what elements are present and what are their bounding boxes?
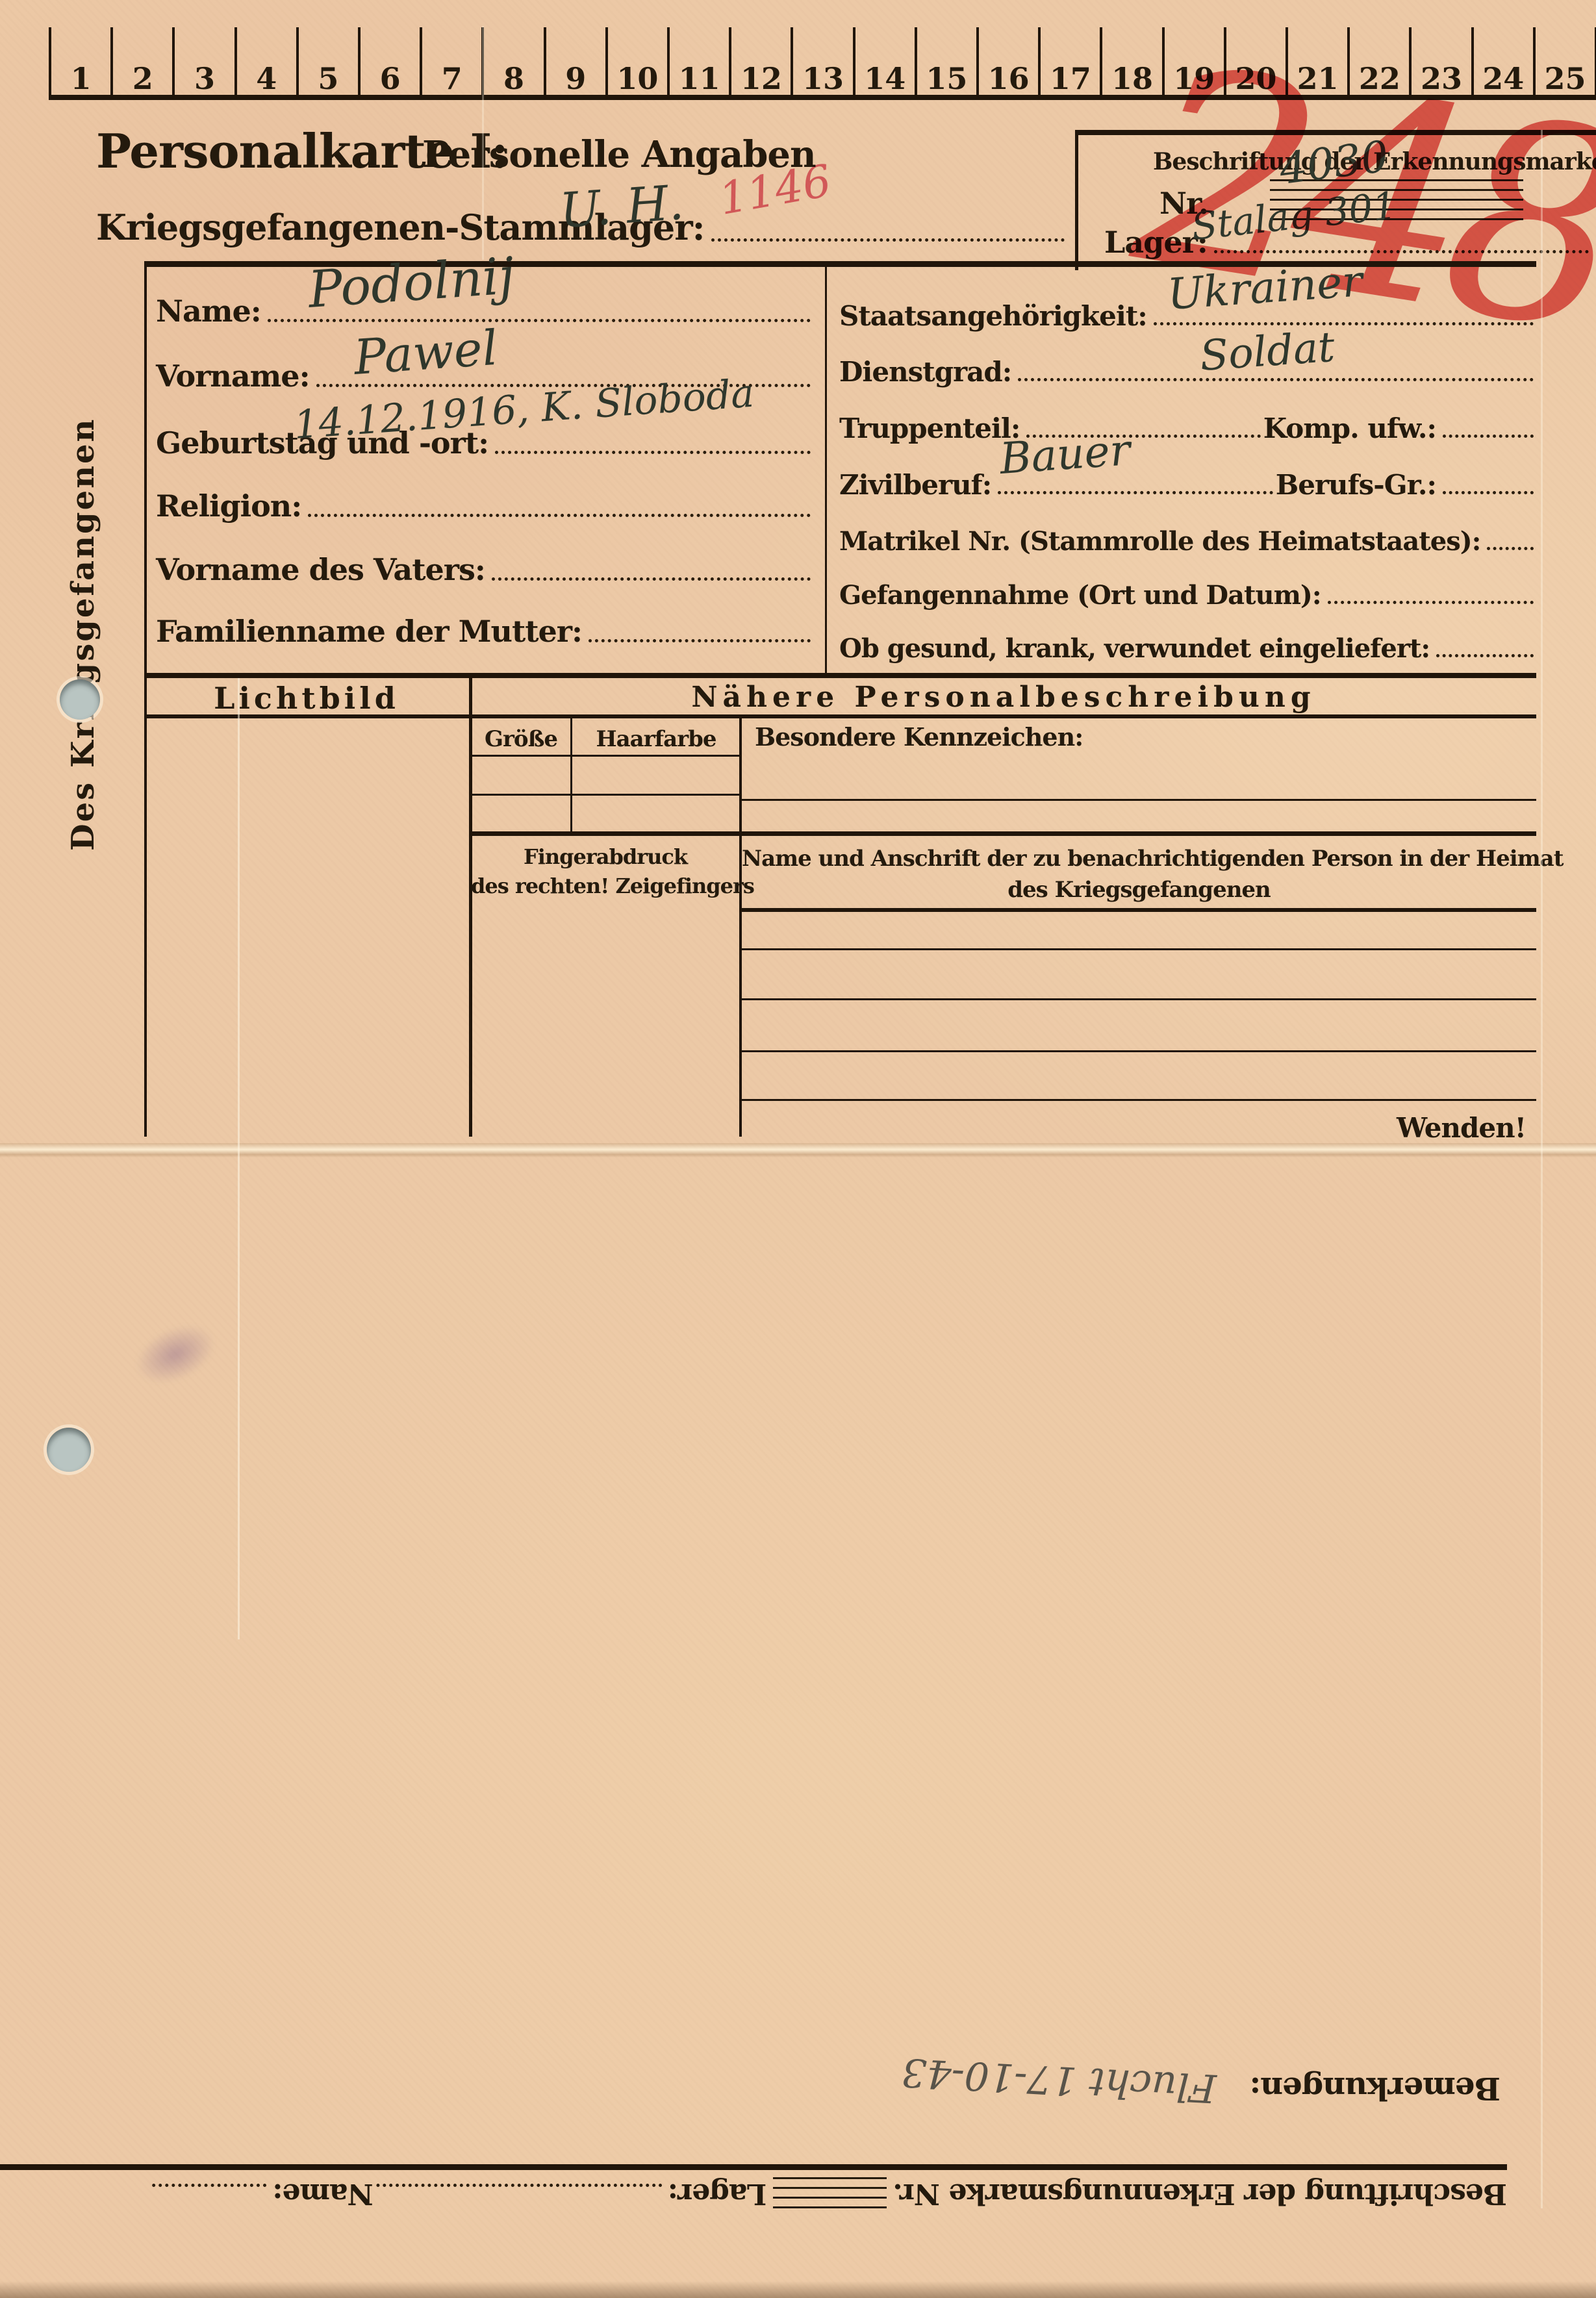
field-berufsgr-dotted — [1443, 491, 1534, 494]
field-gesund: Ob gesund, krank, verwundet eingeliefert… — [839, 633, 1536, 664]
kennzeichen-divider — [739, 718, 742, 1137]
ruler-cell: 11 — [667, 27, 729, 96]
field-dienstgrad-dotted — [1018, 378, 1534, 381]
pow-personal-card-scan: 1234567891011121314151617181920212223242… — [0, 0, 1596, 2298]
ruler-number: 18 — [1111, 61, 1153, 96]
fingerprint-section-top-border — [469, 831, 1536, 836]
field-gefangennahme-label: Gefangennahme (Ort und Datum): — [839, 580, 1321, 611]
fingerprint-header-line1: Fingerabdruck — [471, 844, 740, 869]
field-vater: Vorname des Vaters: — [156, 552, 813, 587]
ruler-number: 12 — [741, 61, 782, 96]
kennzeichen-row-line — [741, 799, 1536, 801]
ink-smudge — [126, 1313, 225, 1395]
ruler-cell: 15 — [915, 27, 976, 96]
lichtbild-header: Lichtbild — [144, 681, 469, 716]
paper-crease-vertical-3 — [482, 26, 484, 260]
ruler-cell: 4 — [234, 27, 296, 96]
contact-header-line1: Name und Anschrift der zu benachrichtige… — [742, 846, 1536, 872]
field-truppenteil-label: Truppenteil: — [839, 412, 1020, 444]
ruler-cell: 10 — [605, 27, 667, 96]
ruler-number: 13 — [802, 61, 844, 96]
field-matrikel-label: Matrikel Nr. (Stammrolle des Heimatstaat… — [839, 526, 1480, 557]
field-mutter-dotted — [589, 639, 811, 642]
personalbeschreibung-header: Nähere Personalbeschreibung — [471, 681, 1536, 714]
field-name-label: Name: — [156, 294, 261, 329]
ruler-number: 9 — [565, 61, 586, 96]
contact-ruled-line-4 — [741, 1099, 1536, 1101]
contact-ruled-line-2 — [741, 998, 1536, 1000]
sidebar-vertical-caption: Des Kriegsgefangenen — [65, 448, 101, 851]
field-vater-dotted — [492, 577, 811, 581]
bemerkungen-block: Bemerkungen: Flucht 17-10-43 — [747, 2039, 1501, 2137]
field-dienstgrad-label: Dienstgrad: — [839, 356, 1011, 388]
footer-id-strip: Beschriftung der Erkennungsmarke Nr. Lag… — [149, 2177, 1507, 2215]
ruler-cell: 6 — [358, 27, 420, 96]
ruler-cell: 2 — [110, 27, 172, 96]
field-komp-dotted — [1443, 435, 1534, 438]
header-underline — [144, 714, 1536, 718]
field-staat-dotted — [1154, 322, 1534, 325]
table-top-border — [144, 673, 1536, 678]
wenden-note: Wenden! — [1397, 1112, 1526, 1144]
contact-ruled-line-3 — [741, 1050, 1536, 1052]
ruler-number: 2 — [133, 61, 153, 96]
field-geburtstag-dotted — [495, 451, 811, 454]
paper-crease-vertical-1 — [238, 678, 240, 1639]
ruler-number: 10 — [616, 61, 658, 96]
field-matrikel: Matrikel Nr. (Stammrolle des Heimatstaat… — [839, 526, 1536, 557]
field-mutter-label: Familienname der Mutter: — [156, 614, 582, 649]
footer-strip-lager-label: Lager: — [668, 2177, 767, 2210]
groesse-row-line-1 — [469, 755, 741, 757]
stammlager-handwritten-value: U. H. — [558, 175, 685, 239]
ruler-cell: 7 — [420, 27, 481, 96]
scan-bottom-shadow — [0, 2281, 1596, 2298]
field-name-dotted — [268, 319, 811, 322]
field-gefangennahme: Gefangennahme (Ort und Datum): — [839, 580, 1536, 611]
ruler-cell: 18 — [1100, 27, 1161, 96]
field-zivilberuf: Zivilberuf: Berufs-Gr.: — [839, 469, 1536, 501]
ruler-cell: 12 — [729, 27, 791, 96]
ruler-number: 6 — [380, 61, 401, 96]
bemerkungen-handwritten: Flucht 17-10-43 — [901, 2049, 1217, 2111]
groesse-row-line-2 — [469, 794, 741, 796]
field-gesund-dotted — [1436, 654, 1534, 657]
field-religion: Religion: — [156, 488, 813, 524]
kennzeichen-header: Besondere Kennzeichen: — [755, 722, 1083, 751]
ruler-cell: 13 — [791, 27, 852, 96]
ruler-cell: 16 — [976, 27, 1038, 96]
paper-crease-vertical-2 — [1541, 130, 1543, 2208]
ruler-cell: 9 — [544, 27, 605, 96]
ruler-cell: 1 — [49, 27, 110, 96]
footer-strip-lager-dotted — [376, 2184, 662, 2187]
field-mutter: Familienname der Mutter: — [156, 614, 813, 649]
field-dienstgrad-handwritten: Soldat — [1198, 323, 1336, 381]
contact-header-line2: des Kriegsgefangenen — [742, 877, 1536, 903]
field-religion-dotted — [308, 514, 811, 517]
field-gefangennahme-dotted — [1328, 601, 1534, 604]
ruler-cell: 8 — [481, 27, 543, 96]
fingerprint-header-line2: des rechten! Zeigefingers — [471, 874, 740, 898]
form-column-divider — [825, 261, 827, 677]
ruler-number: 3 — [194, 61, 215, 96]
footer-strip-name-dotted — [152, 2184, 266, 2187]
field-zivilberuf-dotted — [998, 491, 1273, 494]
field-vater-label: Vorname des Vaters: — [156, 552, 485, 587]
ruler-number: 1 — [71, 61, 92, 96]
punch-hole-top — [60, 679, 100, 720]
ruler-number: 11 — [679, 61, 720, 96]
ruler-number: 14 — [864, 61, 906, 96]
footer-strip-name-label: Name: — [273, 2177, 374, 2210]
contact-ruled-line-1 — [741, 948, 1536, 950]
ruler-number: 17 — [1050, 61, 1091, 96]
field-dienstgrad: Dienstgrad: — [839, 356, 1536, 388]
field-vorname-handwritten: Pawel — [352, 320, 500, 386]
ruler-number: 5 — [318, 61, 338, 96]
ruler-cell: 14 — [853, 27, 915, 96]
groesse-header: Größe — [471, 726, 571, 752]
ruler-number: 7 — [442, 61, 462, 96]
ruler-cell: 5 — [296, 27, 358, 96]
ruler-number: 4 — [256, 61, 277, 96]
contact-header-underline — [741, 908, 1536, 912]
ruler-cell: 17 — [1038, 27, 1100, 96]
field-berufsgr-label: Berufs-Gr.: — [1276, 469, 1436, 501]
field-matrikel-dotted — [1487, 547, 1534, 550]
punch-hole-bottom — [47, 1428, 91, 1472]
field-gesund-label: Ob gesund, krank, verwundet eingeliefert… — [839, 633, 1430, 664]
field-komp-label: Komp. ufw.: — [1263, 412, 1436, 444]
field-zivilberuf-handwritten: Bauer — [998, 425, 1132, 484]
field-zivilberuf-label: Zivilberuf: — [839, 469, 991, 501]
footer-strip-title: Beschriftung der Erkennungsmarke Nr. — [893, 2177, 1507, 2210]
footer-strip-ruled-lines — [773, 2177, 887, 2208]
ruler-number: 16 — [988, 61, 1030, 96]
footer-thick-line — [0, 2164, 1507, 2170]
stammlager-dotted-line — [711, 238, 1065, 242]
ruler-cell: 3 — [172, 27, 234, 96]
haarfarbe-header: Haarfarbe — [573, 726, 739, 752]
field-vorname-label: Vorname: — [156, 359, 310, 394]
ruler-number: 15 — [926, 61, 967, 96]
field-staat-label: Staatsangehörigkeit: — [839, 300, 1147, 332]
bemerkungen-label: Bemerkungen: — [1250, 2070, 1501, 2106]
field-truppenteil: Truppenteil: Komp. ufw.: — [839, 412, 1536, 444]
field-religion-label: Religion: — [156, 488, 301, 524]
ruler-number: 8 — [503, 61, 524, 96]
